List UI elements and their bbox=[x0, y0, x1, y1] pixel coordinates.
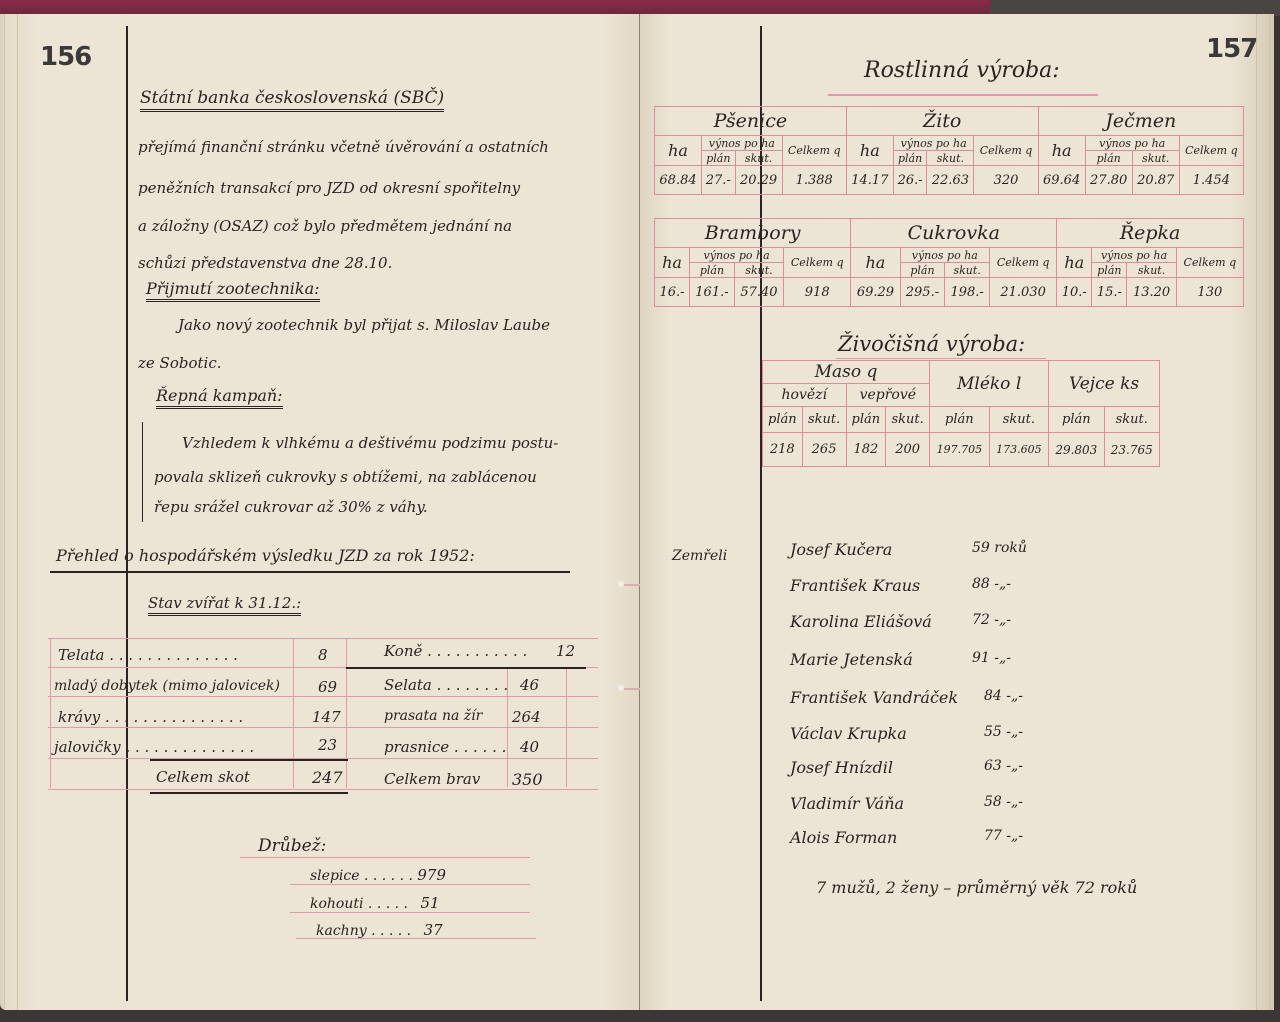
col-pork: vepřové bbox=[846, 384, 930, 407]
crop-table-1: Pšenice Žito Ječmen ha výnos po ha Celke… bbox=[654, 106, 1244, 195]
deceased-age: 88 -„- bbox=[972, 576, 1011, 592]
cell: 22.63 bbox=[927, 166, 974, 195]
col-actual: skut. bbox=[1132, 151, 1179, 166]
cell: 130 bbox=[1176, 278, 1243, 307]
livestock-value: 12 bbox=[556, 642, 575, 660]
heading-underline bbox=[50, 571, 570, 573]
col-plan: plán bbox=[900, 263, 945, 278]
deceased-name: Vladimír Váňa bbox=[790, 794, 904, 813]
sum-line bbox=[150, 759, 348, 761]
livestock-label: prasata na žír bbox=[384, 708, 482, 724]
rule bbox=[48, 727, 598, 728]
livestock-total-value: 350 bbox=[512, 770, 543, 789]
col-plan: plán bbox=[690, 263, 735, 278]
zootech-line: ze Sobotic. bbox=[138, 354, 221, 372]
sbc-line: schůzi představenstva dne 28.10. bbox=[138, 254, 392, 272]
rule bbox=[240, 857, 530, 858]
margin-line bbox=[142, 422, 143, 522]
col-actual: skut. bbox=[886, 407, 930, 433]
col-eggs: Vejce ks bbox=[1049, 361, 1160, 407]
cell: 1.388 bbox=[782, 166, 846, 195]
col-total: Celkem q bbox=[782, 136, 846, 166]
col-actual: skut. bbox=[734, 263, 783, 278]
cell: 918 bbox=[784, 278, 851, 307]
rule bbox=[48, 696, 598, 697]
rule bbox=[566, 667, 567, 787]
rule bbox=[48, 638, 598, 639]
sbc-line: peněžních transakcí pro JZD od okresní s… bbox=[138, 179, 520, 197]
livestock-value: 8 bbox=[318, 646, 328, 664]
deceased-age: 84 -„- bbox=[984, 688, 1023, 704]
cell: 10.- bbox=[1057, 278, 1092, 307]
table-row: 218 265 182 200 197.705 173.605 29.803 2… bbox=[763, 433, 1160, 467]
cell: 182 bbox=[846, 433, 886, 467]
cell: 69.29 bbox=[851, 278, 900, 307]
crop-table-2: Brambory Cukrovka Řepka ha výnos po ha C… bbox=[654, 218, 1244, 307]
livestock-total-label: Celkem skot bbox=[156, 768, 250, 786]
cell: 26.- bbox=[893, 166, 927, 195]
deceased-name: František Vandráček bbox=[790, 688, 958, 707]
col-total: Celkem q bbox=[1179, 136, 1243, 166]
poultry-value: 37 bbox=[424, 921, 443, 939]
crop-name: Cukrovka bbox=[851, 219, 1057, 248]
col-plan: plán bbox=[1092, 263, 1127, 278]
sum-line bbox=[150, 792, 348, 794]
livestock-value: 264 bbox=[512, 708, 541, 726]
col-ha: ha bbox=[851, 248, 900, 278]
col-actual: skut. bbox=[802, 407, 846, 433]
col-plan: plán bbox=[1085, 151, 1132, 166]
page-edge bbox=[1256, 14, 1270, 1010]
rule bbox=[50, 638, 51, 788]
col-actual: skut. bbox=[945, 263, 990, 278]
col-total: Celkem q bbox=[974, 136, 1038, 166]
crop-heading: Rostlinná výroba: bbox=[864, 58, 1060, 83]
crop-name: Žito bbox=[846, 107, 1038, 136]
sbc-line: přejímá finanční stránku včetně úvěrován… bbox=[138, 138, 549, 156]
book-cover-top bbox=[0, 0, 1280, 14]
cell: 68.84 bbox=[655, 166, 702, 195]
livestock-label: Koně bbox=[384, 642, 422, 660]
deceased-name: Alois Forman bbox=[790, 828, 897, 847]
deceased-age: 91 -„- bbox=[972, 650, 1011, 666]
col-plan: plán bbox=[702, 151, 736, 166]
page-edge bbox=[4, 14, 18, 1010]
col-plan: plán bbox=[1049, 407, 1104, 433]
deceased-name: Václav Krupka bbox=[790, 724, 907, 743]
livestock-value: 40 bbox=[520, 738, 539, 756]
poultry-label: slepice bbox=[310, 868, 360, 884]
poultry-value: 979 bbox=[417, 866, 446, 884]
livestock-label: mladý dobytek (mimo jalovicek) bbox=[54, 678, 280, 694]
cell: 197.705 bbox=[930, 433, 990, 467]
cell: 20.87 bbox=[1132, 166, 1179, 195]
col-meat: Maso q bbox=[763, 361, 930, 384]
sbc-heading: Státní banka československá (SBČ) bbox=[140, 88, 444, 112]
deceased-name: Josef Kučera bbox=[790, 540, 892, 559]
left-page: 156 Státní banka československá (SBČ) př… bbox=[0, 14, 640, 1010]
crop-name: Řepka bbox=[1057, 219, 1244, 248]
cell: 173.605 bbox=[989, 433, 1049, 467]
col-plan: plán bbox=[763, 407, 803, 433]
livestock-label: Selata bbox=[384, 676, 432, 694]
cell: 16.- bbox=[655, 278, 690, 307]
table-row: 16.- 161.- 57.40 918 69.29 295.- 198.- 2… bbox=[655, 278, 1244, 307]
livestock-value: 46 bbox=[520, 676, 539, 694]
rule bbox=[828, 94, 1098, 96]
cell: 27.- bbox=[702, 166, 736, 195]
rule bbox=[290, 912, 530, 913]
deceased-name: Marie Jetenská bbox=[790, 650, 913, 669]
deceased-summary: 7 mužů, 2 ženy – průměrný věk 72 roků bbox=[816, 878, 1137, 897]
cell: 15.- bbox=[1092, 278, 1127, 307]
rule bbox=[346, 638, 347, 788]
col-yield: výnos po ha bbox=[900, 248, 989, 263]
deceased-age: 77 -„- bbox=[984, 828, 1023, 844]
livestock-total-label: Celkem brav bbox=[384, 770, 480, 788]
page-number: 157 bbox=[1206, 34, 1257, 64]
zootech-line: Jako nový zootechnik byl přijat s. Milos… bbox=[178, 316, 550, 334]
sbc-line: a záložny (OSAZ) což bylo předmětem jedn… bbox=[138, 217, 512, 235]
rule bbox=[48, 789, 598, 790]
crop-name: Brambory bbox=[655, 219, 851, 248]
livestock-value: 23 bbox=[318, 736, 337, 754]
cell: 21.030 bbox=[990, 278, 1057, 307]
stav-heading: Stav zvířat k 31.12.: bbox=[148, 594, 301, 616]
col-total: Celkem q bbox=[1176, 248, 1243, 278]
deceased-label: Zemřeli bbox=[672, 548, 727, 564]
col-ha: ha bbox=[655, 136, 702, 166]
poultry-heading: Drůbež: bbox=[258, 836, 326, 856]
rule bbox=[836, 358, 1046, 359]
deceased-name: František Kraus bbox=[790, 576, 920, 595]
animal-table: Maso q Mléko l Vejce ks hovězí vepřové p… bbox=[762, 360, 1160, 467]
deceased-age: 55 -„- bbox=[984, 724, 1023, 740]
col-total: Celkem q bbox=[784, 248, 851, 278]
col-actual: skut. bbox=[989, 407, 1049, 433]
deceased-age: 63 -„- bbox=[984, 758, 1023, 774]
cell: 1.454 bbox=[1179, 166, 1243, 195]
col-actual: skut. bbox=[927, 151, 974, 166]
rule bbox=[290, 884, 530, 885]
livestock-value: 147 bbox=[312, 708, 341, 726]
col-ha: ha bbox=[655, 248, 690, 278]
col-yield: výnos po ha bbox=[1085, 136, 1179, 151]
livestock-label: jalovičky bbox=[54, 738, 121, 756]
cell: 20.29 bbox=[735, 166, 782, 195]
cell: 218 bbox=[763, 433, 803, 467]
deceased-age: 59 roků bbox=[972, 540, 1027, 556]
cell: 200 bbox=[886, 433, 930, 467]
col-beef: hovězí bbox=[763, 384, 847, 407]
col-yield: výnos po ha bbox=[702, 136, 783, 151]
cell: 23.765 bbox=[1104, 433, 1159, 467]
zootech-heading: Přijmutí zootechnika: bbox=[146, 279, 320, 302]
cell: 13.20 bbox=[1127, 278, 1176, 307]
repna-heading: Řepná kampaň: bbox=[156, 386, 283, 409]
cell: 161.- bbox=[690, 278, 735, 307]
cell: 198.- bbox=[945, 278, 990, 307]
repna-line: řepu srážel cukrovar až 30% z váhy. bbox=[154, 498, 428, 516]
col-milk: Mléko l bbox=[930, 361, 1049, 407]
overview-heading: Přehled o hospodářském výsledku JZD za r… bbox=[56, 546, 475, 565]
cell: 57.40 bbox=[734, 278, 783, 307]
sum-line bbox=[346, 667, 586, 669]
col-plan: plán bbox=[930, 407, 990, 433]
cell: 14.17 bbox=[846, 166, 893, 195]
col-actual: skut. bbox=[735, 151, 782, 166]
cell: 69.64 bbox=[1038, 166, 1085, 195]
col-ha: ha bbox=[1038, 136, 1085, 166]
col-actual: skut. bbox=[1127, 263, 1176, 278]
livestock-label: krávy bbox=[58, 708, 100, 726]
page-number: 156 bbox=[40, 42, 91, 72]
animal-heading: Živočišná výroba: bbox=[838, 332, 1025, 356]
col-ha: ha bbox=[1057, 248, 1092, 278]
col-total: Celkem q bbox=[990, 248, 1057, 278]
rule bbox=[293, 638, 294, 788]
repna-line: Vzhledem k vlhkému a deštivému podzimu p… bbox=[182, 434, 558, 452]
book-cover-bottom bbox=[0, 1010, 1280, 1022]
crop-name: Ječmen bbox=[1038, 107, 1243, 136]
poultry-label: kohouti bbox=[310, 896, 363, 912]
col-ha: ha bbox=[846, 136, 893, 166]
livestock-total-value: 247 bbox=[312, 768, 343, 787]
deceased-name: Karolina Eliášová bbox=[790, 612, 932, 631]
livestock-value: 69 bbox=[318, 678, 337, 696]
col-plan: plán bbox=[846, 407, 886, 433]
livestock-label: Telata bbox=[58, 646, 104, 664]
col-yield: výnos po ha bbox=[690, 248, 784, 263]
poultry-value: 51 bbox=[420, 894, 439, 912]
col-actual: skut. bbox=[1104, 407, 1159, 433]
col-yield: výnos po ha bbox=[893, 136, 974, 151]
right-page: 157 Rostlinná výroba: Pšenice Žito Ječme… bbox=[640, 14, 1274, 1010]
livestock-label: prasnice bbox=[384, 738, 449, 756]
poultry-label: kachny bbox=[316, 923, 367, 939]
col-yield: výnos po ha bbox=[1092, 248, 1176, 263]
deceased-name: Josef Hnízdil bbox=[790, 758, 893, 777]
deceased-age: 72 -„- bbox=[972, 612, 1011, 628]
table-row: 68.84 27.- 20.29 1.388 14.17 26.- 22.63 … bbox=[655, 166, 1244, 195]
cell: 29.803 bbox=[1049, 433, 1104, 467]
margin-line bbox=[126, 26, 128, 1001]
deceased-age: 58 -„- bbox=[984, 794, 1023, 810]
repna-line: povala sklizeň cukrovky s obtížemi, na z… bbox=[154, 468, 537, 486]
cell: 265 bbox=[802, 433, 846, 467]
cell: 320 bbox=[974, 166, 1038, 195]
cell: 27.80 bbox=[1085, 166, 1132, 195]
col-plan: plán bbox=[893, 151, 927, 166]
crop-name: Pšenice bbox=[655, 107, 847, 136]
cell: 295.- bbox=[900, 278, 945, 307]
